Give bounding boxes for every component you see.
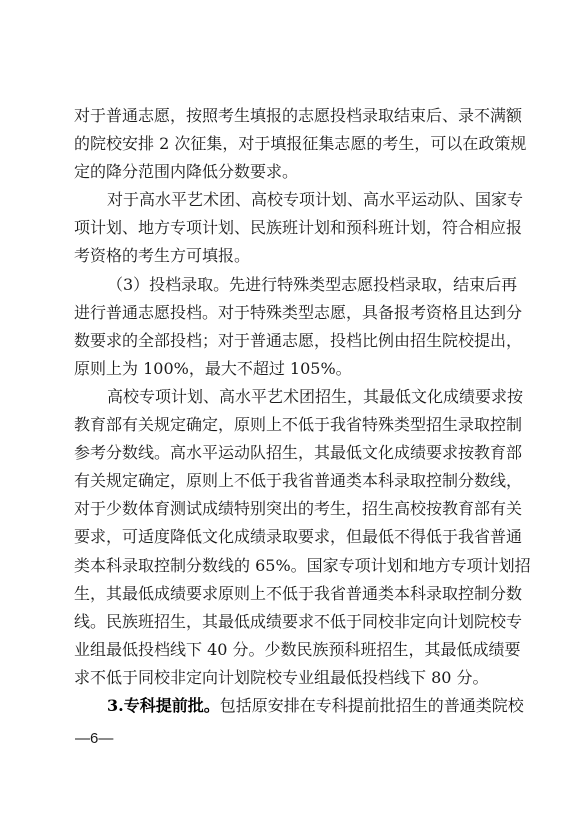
- text-line: 的院校安排 2 次征集，对于填报征集志愿的考生，可以在政策规: [74, 130, 515, 158]
- section-heading: 3.专科提前批。: [107, 696, 220, 715]
- text-line: 定的降分范围内降低分数要求。: [74, 158, 515, 186]
- text-line: 有关规定确定，原则上不低于我省普通类本科录取控制分数线，: [74, 467, 515, 495]
- text-line: 类本科录取控制分数线的 65%。国家专项计划和地方专项计划招: [74, 552, 515, 580]
- text-line: 生，其最低成绩要求原则上不低于我省普通类本科录取控制分数: [74, 580, 515, 608]
- body-text: 对于普通志愿，按照考生填报的志愿投档录取结束后、录不满额 的院校安排 2 次征集…: [74, 102, 515, 720]
- text-line: 对于高水平艺术团、高校专项计划、高水平运动队、国家专: [74, 186, 515, 214]
- text-line: 对于少数体育测试成绩特别突出的考生，招生高校按教育部有关: [74, 495, 515, 523]
- text-line: （3）投档录取。先进行特殊类型志愿投档录取，结束后再: [74, 271, 515, 299]
- text-line: 求不低于同校非定向计划院校专业组最低投档线下 80 分。: [74, 664, 515, 692]
- text-line: 原则上为 100%，最大不超过 105%。: [74, 355, 515, 383]
- text-line: 业组最低投档线下 40 分。少数民族预科班招生，其最低成绩要: [74, 636, 515, 664]
- text-line: 高校专项计划、高水平艺术团招生，其最低文化成绩要求按: [74, 383, 515, 411]
- document-page: 对于普通志愿，按照考生填报的志愿投档录取结束后、录不满额 的院校安排 2 次征集…: [0, 0, 584, 833]
- text-line: 考资格的考生方可填报。: [74, 242, 515, 270]
- text-line: 项计划、地方专项计划、民族班计划和预科班计划，符合相应报: [74, 214, 515, 242]
- text-line: 要求，可适度降低文化成绩录取要求，但最低不得低于我省普通: [74, 523, 515, 551]
- section-heading-line: 3.专科提前批。包括原安排在专科提前批招生的普通类院校: [74, 692, 515, 720]
- page-number: —6—: [75, 729, 113, 749]
- section-heading-continuation: 包括原安排在专科提前批招生的普通类院校: [220, 696, 524, 715]
- text-line: 数要求的全部投档；对于普通志愿，投档比例由招生院校提出，: [74, 327, 515, 355]
- text-line: 线。民族班招生，其最低成绩要求不低于同校非定向计划院校专: [74, 608, 515, 636]
- text-line: 参考分数线。高水平运动队招生，其最低文化成绩要求按教育部: [74, 439, 515, 467]
- text-line: 教育部有关规定确定，原则上不低于我省特殊类型招生录取控制: [74, 411, 515, 439]
- text-line: 进行普通志愿投档。对于特殊类型志愿，具备报考资格且达到分: [74, 299, 515, 327]
- text-line: 对于普通志愿，按照考生填报的志愿投档录取结束后、录不满额: [74, 102, 515, 130]
